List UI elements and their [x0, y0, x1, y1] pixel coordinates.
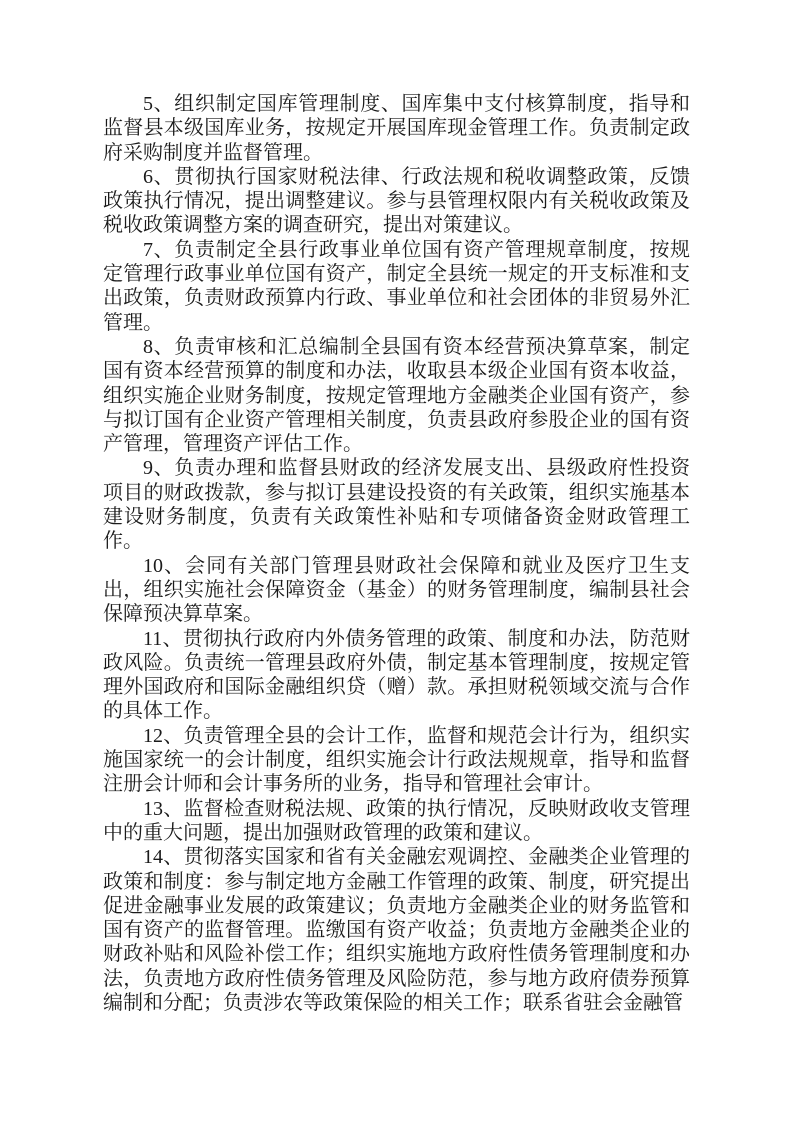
- paragraph-item-14: 14、贯彻落实国家和省有关金融宏观调控、金融类企业管理的政策和制度：参与制定地方…: [103, 845, 690, 1015]
- paragraph-item-12: 12、负责管理全县的会计工作，监督和规范会计行为，组织实施国家统一的会计制度，组…: [103, 724, 690, 797]
- paragraph-item-7: 7、负责制定全县行政事业单位国有资产管理规章制度，按规定管理行政事业单位国有资产…: [103, 238, 690, 335]
- document-page: 5、组织制定国库管理制度、国库集中支付核算制度，指导和监督县本级国库业务，按规定…: [0, 0, 793, 1122]
- document-body: 5、组织制定国库管理制度、国库集中支付核算制度，指导和监督县本级国库业务，按规定…: [103, 92, 690, 1015]
- paragraph-item-8: 8、负责审核和汇总编制全县国有资本经营预决算草案，制定国有资本经营预算的制度和办…: [103, 335, 690, 456]
- paragraph-item-13: 13、监督检查财税法规、政策的执行情况，反映财政收支管理中的重大问题，提出加强财…: [103, 797, 690, 846]
- paragraph-item-5: 5、组织制定国库管理制度、国库集中支付核算制度，指导和监督县本级国库业务，按规定…: [103, 92, 690, 165]
- paragraph-item-11: 11、贯彻执行政府内外债务管理的政策、制度和办法，防范财政风险。负责统一管理县政…: [103, 627, 690, 724]
- paragraph-item-6: 6、贯彻执行国家财税法律、行政法规和税收调整政策，反馈政策执行情况，提出调整建议…: [103, 165, 690, 238]
- paragraph-item-10: 10、会同有关部门管理县财政社会保障和就业及医疗卫生支出，组织实施社会保障资金（…: [103, 554, 690, 627]
- paragraph-item-9: 9、负责办理和监督县财政的经济发展支出、县级政府性投资项目的财政拨款，参与拟订县…: [103, 456, 690, 553]
